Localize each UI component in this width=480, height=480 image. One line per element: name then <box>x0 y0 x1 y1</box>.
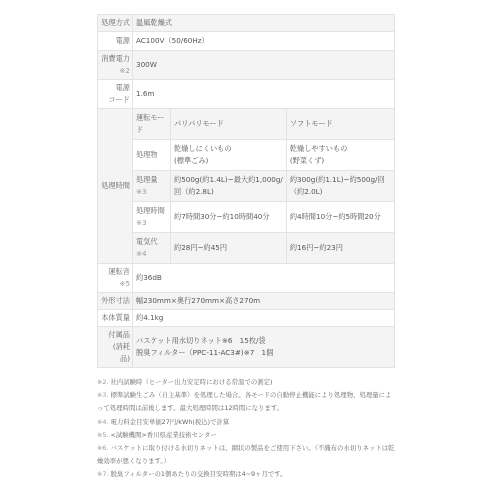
spec-row-processing: 処理時間 運転モード パリパリモード ソフトモード 処理物 乾燥しにくいもの (… <box>98 109 395 264</box>
footnote-text: 標準試験生ごみ（自主基準）を処理した場合。各モードの自動停止機能により処理物、処… <box>97 391 391 412</box>
footnote-text: 社内試験時（ヒーター出力安定時における常温での測定) <box>111 378 273 386</box>
mode-row-material: 処理物 乾燥しにくいもの (標準ごみ) 乾燥しやすいもの (野菜くず) <box>133 140 394 171</box>
spec-label: 処理方式 <box>98 15 133 32</box>
spec-row-power-cord: 電源 コード 1.6m <box>98 80 395 109</box>
mode-value: 約16円~約23円 <box>286 233 394 264</box>
mode-value-line: 乾燥しにくいもの <box>174 143 283 155</box>
mode-row-label-text: 電気代 <box>136 236 167 248</box>
footnote-text: 脱臭フィルターの1個あたりの交換目安時期は4~9ヶ月です。 <box>111 470 287 478</box>
mode-row-label: 処理時間 ※3 <box>133 202 171 233</box>
mode-value: 約28円~約45円 <box>171 233 287 264</box>
mode-row-label-text: 処理時間 <box>136 205 167 217</box>
mode-value-line: 回（約2.8L) <box>174 186 283 198</box>
mode-value-line: 約300g(約1.1L)~約500g/回 <box>290 174 391 186</box>
spec-row-method: 処理方式 温風乾燥式 <box>98 15 395 32</box>
mode-value: 約300g(約1.1L)~約500g/回 （約2.0L) <box>286 171 394 202</box>
spec-label-text: 付属品 <box>100 329 130 341</box>
spec-label: 電源 <box>98 32 133 51</box>
mode-row-amount: 処理量 ※3 約500g(約1.4L)~最大約1,000g/ 回（約2.8L) … <box>133 171 394 202</box>
spec-label-text: 運転音 <box>108 267 130 276</box>
footnote-ref: ※3 <box>136 186 167 198</box>
mode-row-label-text: 処理量 <box>136 174 167 186</box>
spec-label-text: 消費電力 <box>101 54 130 63</box>
footnote: ※5. <試験機関>香川県産業技術センター <box>97 429 397 442</box>
mode-value-line: (野菜くず) <box>290 155 391 167</box>
footnote-mark: ※4. <box>97 418 108 426</box>
spec-label: 付属品 (消耗 品) <box>98 327 133 368</box>
mode-value-line: （約2.0L) <box>290 186 391 198</box>
spec-value: AC100V（50/60Hz） <box>133 32 395 51</box>
mode-row-electricity-cost: 電気代 ※4 約28円~約45円 約16円~約23円 <box>133 233 394 264</box>
mode-header-label: 運転モード <box>133 109 171 140</box>
spec-label-text: (消耗 <box>100 341 130 353</box>
spec-row-accessories: 付属品 (消耗 品) バスケット用水切りネット※6 15枚/袋 脱臭フィルター（… <box>98 327 395 368</box>
spec-row-power-source: 電源 AC100V（50/60Hz） <box>98 32 395 51</box>
spec-row-weight: 本体質量 約4.1kg <box>98 310 395 327</box>
mode-paripari: パリパリモード <box>171 109 287 140</box>
footnote-ref: ※4 <box>136 248 167 260</box>
spec-label: 運転音 ※5 <box>98 264 133 293</box>
spec-value: 300W <box>133 51 395 80</box>
accessory-item: 脱臭フィルター（PPC-11-AC3#)※7 1個 <box>136 347 391 359</box>
spec-value: 1.6m <box>133 80 395 109</box>
footnote-ref: ※3 <box>136 217 167 229</box>
spec-value: 約36dB <box>133 264 395 293</box>
spec-row-power-consumption: 消費電力 ※2 300W <box>98 51 395 80</box>
spec-table: 処理方式 温風乾燥式 電源 AC100V（50/60Hz） 消費電力 ※2 30… <box>97 14 395 368</box>
spec-label-text: 電源 <box>100 82 130 94</box>
mode-value: 約7時間30分~約10時間40分 <box>171 202 287 233</box>
footnote-text: バスケットに取り付ける水切りネットは、網状の製品をご使用下さい。（不織布の水切り… <box>97 444 395 465</box>
spec-row-noise: 運転音 ※5 約36dB <box>98 264 395 293</box>
spec-label: 処理時間 <box>98 109 133 264</box>
mode-value: 乾燥しやすいもの (野菜くず) <box>286 140 394 171</box>
footnote-mark: ※7. <box>97 470 108 478</box>
footnotes: ※2. 社内試験時（ヒーター出力安定時における常温での測定) ※3. 標準試験生… <box>97 376 397 480</box>
footnote-mark: ※3. <box>97 391 108 399</box>
spec-value: 温風乾燥式 <box>133 15 395 32</box>
footnote: ※4. 電力料金目安単価27円/kWh(税込)で計算 <box>97 416 397 429</box>
mode-row-label: 処理物 <box>133 140 171 171</box>
footnote: ※7. 脱臭フィルターの1個あたりの交換目安時期は4~9ヶ月です。 <box>97 468 397 480</box>
spec-value: 約4.1kg <box>133 310 395 327</box>
footnote-text: <試験機関>香川県産業技術センター <box>111 431 217 439</box>
mode-value: 約4時間10分~約5時間20分 <box>286 202 394 233</box>
spec-label: 消費電力 ※2 <box>98 51 133 80</box>
spec-label-text: コード <box>100 94 130 106</box>
mode-value-line: 約500g(約1.4L)~最大約1,000g/ <box>174 174 283 186</box>
spec-label: 電源 コード <box>98 80 133 109</box>
mode-table: 運転モード パリパリモード ソフトモード 処理物 乾燥しにくいもの (標準ごみ)… <box>133 109 394 263</box>
mode-header-row: 運転モード パリパリモード ソフトモード <box>133 109 394 140</box>
spec-value: 幅230mm×奥行270mm×高さ270m <box>133 293 395 310</box>
mode-table-cell: 運転モード パリパリモード ソフトモード 処理物 乾燥しにくいもの (標準ごみ)… <box>133 109 395 264</box>
footnote-text: 電力料金目安単価27円/kWh(税込)で計算 <box>111 418 230 426</box>
mode-value-line: (標準ごみ) <box>174 155 283 167</box>
mode-value: 約500g(約1.4L)~最大約1,000g/ 回（約2.8L) <box>171 171 287 202</box>
spec-label-text: 品) <box>100 353 130 365</box>
spec-label: 外形寸法 <box>98 293 133 310</box>
footnote-mark: ※2. <box>97 378 108 386</box>
mode-value: 乾燥しにくいもの (標準ごみ) <box>171 140 287 171</box>
footnote-ref: ※5 <box>100 278 130 290</box>
spec-label: 本体質量 <box>98 310 133 327</box>
footnote: ※6. バスケットに取り付ける水切りネットは、網状の製品をご使用下さい。（不織布… <box>97 442 397 468</box>
footnote: ※3. 標準試験生ごみ（自主基準）を処理した場合。各モードの自動停止機能により処… <box>97 389 397 415</box>
footnote-mark: ※5. <box>97 431 108 439</box>
accessory-item: バスケット用水切りネット※6 15枚/袋 <box>136 335 391 347</box>
footnote: ※2. 社内試験時（ヒーター出力安定時における常温での測定) <box>97 376 397 389</box>
mode-value-line: 乾燥しやすいもの <box>290 143 391 155</box>
mode-row-label: 処理量 ※3 <box>133 171 171 202</box>
spec-row-dimensions: 外形寸法 幅230mm×奥行270mm×高さ270m <box>98 293 395 310</box>
spec-value: バスケット用水切りネット※6 15枚/袋 脱臭フィルター（PPC-11-AC3#… <box>133 327 395 368</box>
mode-soft: ソフトモード <box>286 109 394 140</box>
footnote-ref: ※2 <box>100 65 130 77</box>
footnote-mark: ※6. <box>97 444 108 452</box>
mode-row-time: 処理時間 ※3 約7時間30分~約10時間40分 約4時間10分~約5時間20分 <box>133 202 394 233</box>
mode-row-label: 電気代 ※4 <box>133 233 171 264</box>
